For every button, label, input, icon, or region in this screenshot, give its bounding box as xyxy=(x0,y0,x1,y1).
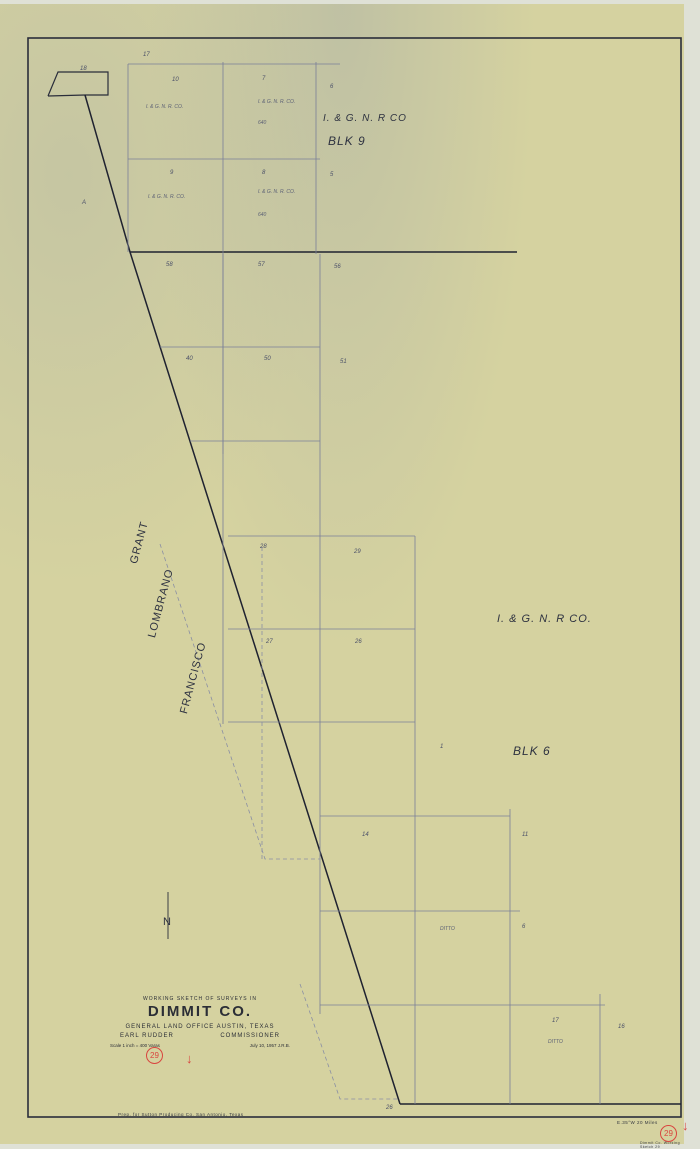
survey-number: 17 xyxy=(143,52,150,58)
corner-number-badge: 29 xyxy=(660,1125,677,1142)
prepared-for-note: Prep. for Sutton Producing Co. San Anton… xyxy=(118,1112,243,1117)
survey-number: 9 xyxy=(170,170,173,176)
survey-number: 28 xyxy=(260,544,267,550)
red-arrow-icon: ↓ xyxy=(186,1052,193,1065)
survey-number: 26 xyxy=(355,639,362,645)
bearing-note: E.35°W 20 Miles xyxy=(617,1120,658,1125)
acreage-label: 640 xyxy=(258,120,266,126)
survey-number: 27 xyxy=(266,639,273,645)
survey-number: 5 xyxy=(330,172,333,178)
acreage-label: 640 xyxy=(258,212,266,218)
commissioner-line: EARL RUDDER COMMISSIONER xyxy=(100,1032,300,1041)
corner-arrow-icon: ↓ xyxy=(682,1119,689,1132)
survey-annotation: I. & G. N. R. CO. xyxy=(258,189,295,195)
survey-annotation: I. & G. N. R. CO. xyxy=(258,99,295,105)
office-line: GENERAL LAND OFFICE AUSTIN, TEXAS xyxy=(100,1023,300,1032)
sketch-number-badge: 29 xyxy=(146,1047,163,1064)
survey-number: 1 xyxy=(440,744,443,750)
survey-number: 6 xyxy=(330,84,333,90)
survey-number: 40 xyxy=(186,356,193,362)
company-label-top: I. & G. N. R CO xyxy=(323,113,407,124)
company-label-right: I. & G. N. R CO. xyxy=(497,613,592,625)
survey-number: 51 xyxy=(340,359,347,365)
survey-annotation: I. & G. N. R. CO. xyxy=(148,194,185,200)
commissioner-name: EARL RUDDER xyxy=(120,1032,174,1041)
block-label-right: BLK 6 xyxy=(513,744,551,758)
survey-number: 8 xyxy=(262,170,265,176)
survey-number: 29 xyxy=(354,549,361,555)
survey-number: 58 xyxy=(166,262,173,268)
title-heading: WORKING SKETCH OF SURVEYS IN xyxy=(100,996,300,1002)
survey-number: 6 xyxy=(522,924,525,930)
scale-date-line: Scale 1 inch = 400 Varas July 10, 1957 J… xyxy=(100,1043,300,1048)
survey-number: 16 xyxy=(618,1024,625,1030)
survey-number: 14 xyxy=(362,832,369,838)
map-sheet: I. & G. N. R CO BLK 9 I. & G. N. R CO. B… xyxy=(0,4,684,1144)
survey-number: 56 xyxy=(334,264,341,270)
survey-annotation: DITTO xyxy=(548,1039,563,1045)
survey-number: 50 xyxy=(264,356,271,362)
survey-annotation: I. & G. N. R. CO. xyxy=(146,104,183,110)
survey-lines xyxy=(0,4,700,1149)
survey-number: 10 xyxy=(172,77,179,83)
north-arrow-icon: N xyxy=(163,916,171,928)
survey-number: 11 xyxy=(522,832,528,838)
corner-small-text: Dimmit Co. Working Sketch 29 xyxy=(640,1141,684,1149)
block-label-top: BLK 9 xyxy=(328,134,366,148)
survey-number: 18 xyxy=(80,66,87,72)
survey-number: 7 xyxy=(262,76,265,82)
survey-annotation: DITTO xyxy=(440,926,455,932)
title-block: WORKING SKETCH OF SURVEYS IN DIMMIT CO. … xyxy=(100,996,300,1048)
date-text: July 10, 1957 J.R.B. xyxy=(250,1043,290,1048)
county-title: DIMMIT CO. xyxy=(100,1003,300,1020)
survey-number: 26 xyxy=(386,1105,393,1111)
commissioner-title: COMMISSIONER xyxy=(220,1032,280,1041)
survey-number: A xyxy=(82,200,86,206)
survey-number: 57 xyxy=(258,262,265,268)
survey-number: 17 xyxy=(552,1018,559,1024)
